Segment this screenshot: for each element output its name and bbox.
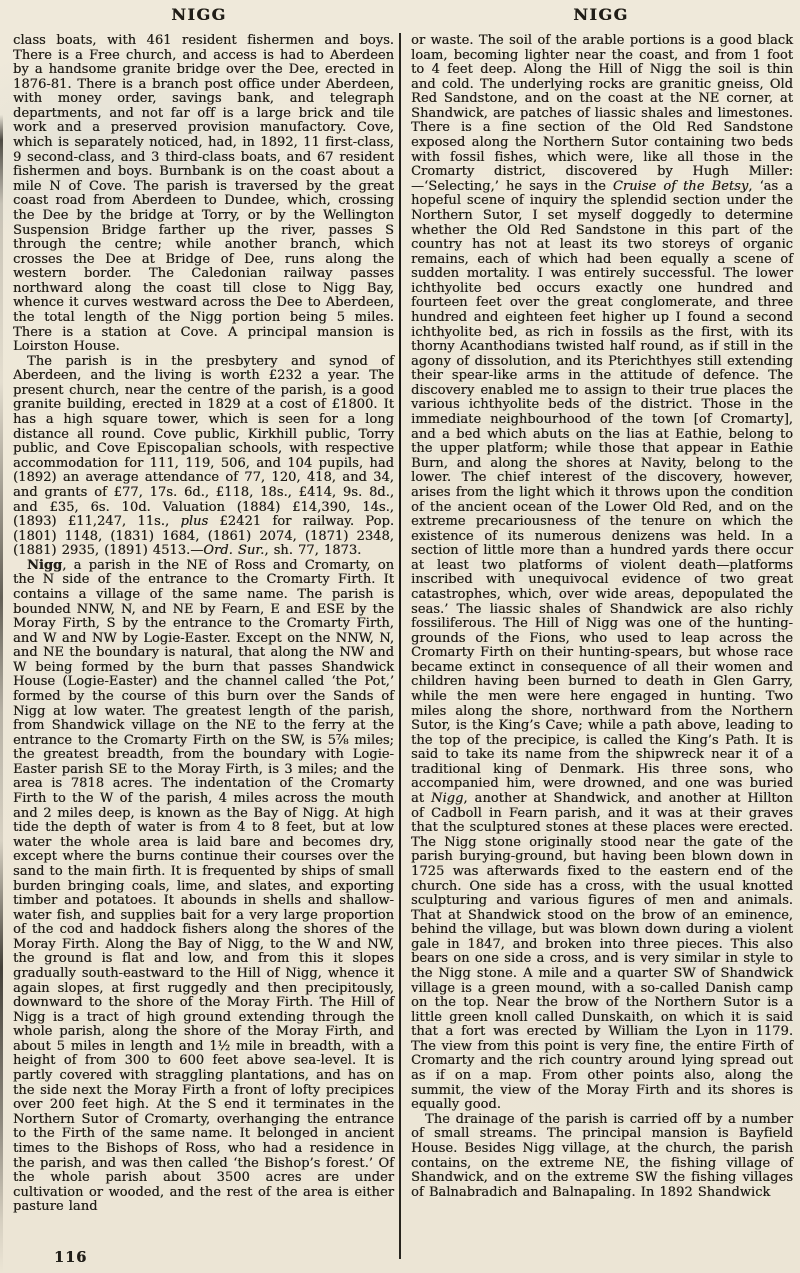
text-run: The parish is in the presbytery and syno… — [13, 354, 394, 529]
text-run: , ‘as a hopeful scene of inquiry the spl… — [411, 179, 793, 806]
column-right: or waste. The soil of the arable portion… — [411, 34, 793, 1200]
text-run: or waste. The soil of the arable portion… — [411, 33, 793, 194]
text-run: class boats, with 461 resident fishermen… — [13, 33, 394, 354]
paragraph: The drainage of the parish is carried of… — [411, 1113, 793, 1200]
paragraph: or waste. The soil of the arable portion… — [411, 34, 793, 1113]
running-head-left: NIGG — [0, 5, 398, 24]
scanned-book-page: NIGG NIGG class boats, with 461 resident… — [0, 0, 800, 1273]
italic-text-run: Cruise of the Betsy — [613, 179, 748, 194]
text-run: The drainage of the parish is carried of… — [411, 1112, 793, 1200]
column-divider-rule — [399, 33, 401, 1259]
text-run: , a parish in the NE of Ross and Cromart… — [13, 558, 394, 1214]
paragraph: The parish is in the presbytery and syno… — [13, 355, 394, 559]
italic-text-run: Ord. Sur. — [203, 543, 264, 558]
paragraph: class boats, with 461 resident fishermen… — [13, 34, 394, 355]
text-run: , sh. 77, 1873. — [264, 543, 361, 558]
paragraph: Nigg, a parish in the NE of Ross and Cro… — [13, 559, 394, 1215]
italic-text-run: Nigg — [431, 791, 463, 806]
scan-edge-artifact — [0, 0, 3, 1273]
page-number: 116 — [54, 1249, 87, 1266]
text-run: , another at Shandwick, and another at H… — [411, 791, 793, 1112]
running-head-right: NIGG — [402, 5, 800, 24]
column-left: class boats, with 461 resident fishermen… — [13, 34, 394, 1215]
italic-text-run: plus — [180, 514, 208, 529]
entry-headword: Nigg — [27, 558, 62, 573]
